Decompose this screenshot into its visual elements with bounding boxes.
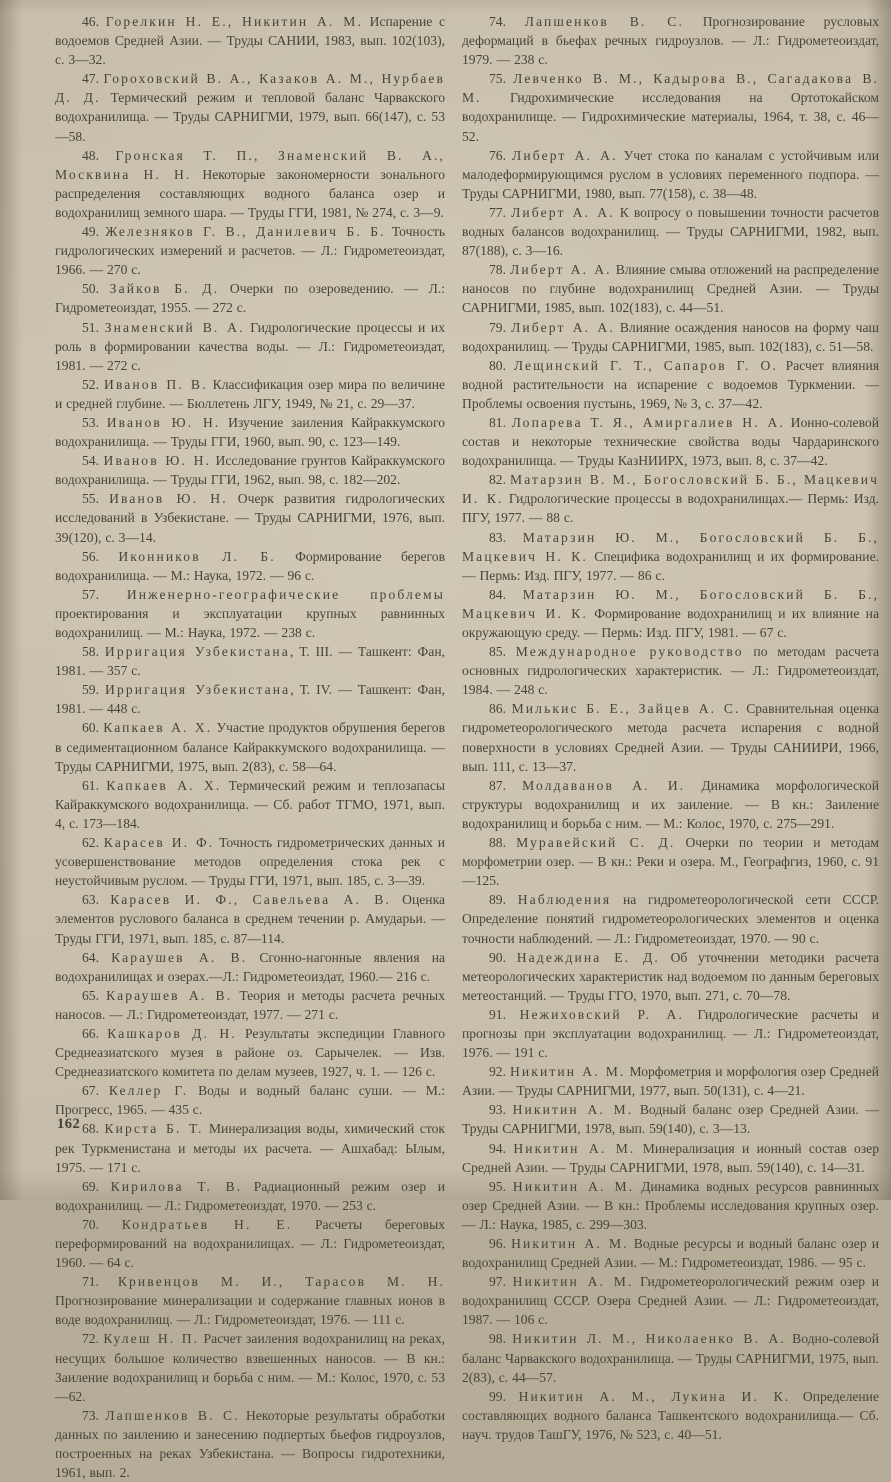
entry-authors: Знаменский В. А. xyxy=(105,320,245,335)
entry-number: 76. xyxy=(489,148,512,163)
bibliography-entry-48: 48. Гронская Т. П., Знаменский В. А., Мо… xyxy=(55,146,445,222)
entry-number: 87. xyxy=(489,778,522,793)
bibliography-entry-75: 75. Левченко В. М., Кадырова В., Сагадак… xyxy=(462,69,879,145)
bibliography-entry-81: 81. Лопарева Т. Я., Амиргалиев Н. А. Ион… xyxy=(462,413,879,470)
entry-number: 86. xyxy=(489,701,512,716)
entry-authors: Железняков Г. В., Данилевич Б. Б. xyxy=(105,224,385,239)
entry-authors: Молдаванов А. И. xyxy=(522,778,685,793)
entry-number: 63. xyxy=(82,892,110,907)
entry-number: 77. xyxy=(489,205,511,220)
entry-authors: Капкаев А. Х. xyxy=(106,778,221,793)
entry-authors: Лопарева Т. Я., Амиргалиев Н. А. xyxy=(512,415,785,430)
bibliography-entry-46: 46. Горелкин Н. Е., Никитин А. М. Испаре… xyxy=(55,12,445,69)
bibliography-entry-88: 88. Муравейский С. Д. Очерки по теории и… xyxy=(462,833,879,890)
entry-number: 61. xyxy=(82,778,106,793)
entry-number: 88. xyxy=(489,835,516,850)
bibliography-entry-60: 60. Капкаев А. Х. Участие продуктов обру… xyxy=(55,718,445,775)
entry-number: 75. xyxy=(489,71,513,86)
bibliography-entry-59: 59. Ирригация Узбекистана, Т. IV. — Ташк… xyxy=(55,680,445,718)
bibliography-entry-79: 79. Либерт А. А. Влияние осаждения нанос… xyxy=(462,318,879,356)
entry-authors: Иванов Ю. Н. xyxy=(104,453,211,468)
entry-number: 64. xyxy=(82,950,111,965)
entry-number: 90. xyxy=(489,950,517,965)
bibliography-entry-64: 64. Караушев А. В. Сгонно-нагонные явлен… xyxy=(55,948,445,986)
bibliography-entry-65: 65. Караушев А. В. Теория и методы расче… xyxy=(55,986,445,1024)
entry-authors: Караушев А. В. xyxy=(111,950,247,965)
entry-number: 59. xyxy=(82,682,105,697)
bibliography-entry-87: 87. Молдаванов А. И. Динамика морфологич… xyxy=(462,776,879,833)
entry-authors: Кашкаров Д. Н. xyxy=(107,1026,237,1041)
bibliography-entry-83: 83. Матарзин Ю. М., Богословский Б. Б., … xyxy=(462,528,879,585)
entry-number: 68. xyxy=(82,1121,104,1136)
entry-number: 89. xyxy=(489,892,518,907)
entry-authors: Горелкин Н. Е., Никитин А. М. xyxy=(106,14,363,29)
entry-authors: Карасев И. Ф., Савельева А. В. xyxy=(110,892,391,907)
bibliography-entry-49: 49. Железняков Г. В., Данилевич Б. Б. То… xyxy=(55,222,445,279)
bibliography-entry-55: 55. Иванов Ю. Н. Очерк развития гидролог… xyxy=(55,489,445,546)
entry-number: 56. xyxy=(82,549,118,564)
entry-authors: Лещинский Г. Т., Сапаров Г. О. xyxy=(514,358,778,373)
entry-number: 47. xyxy=(82,71,103,86)
entry-authors: Иванов Ю. Н. xyxy=(107,415,221,430)
entry-authors: Келлер Г. xyxy=(109,1083,188,1098)
bibliography-entry-67: 67. Келлер Г. Воды и водный баланс суши.… xyxy=(55,1081,445,1119)
bibliography-entry-89: 89. Наблюдения на гидрометеорологической… xyxy=(462,890,879,947)
entry-number: 82. xyxy=(489,472,510,487)
bibliography-entry-52: 52. Иванов П. В. Классификация озер мира… xyxy=(55,375,445,413)
entry-number: 57. xyxy=(82,587,127,602)
entry-number: 81. xyxy=(489,415,512,430)
entry-authors: Лапшенков В. С. xyxy=(525,14,684,29)
bibliography-entry-84: 84. Матарзин Ю. М., Богословский Б. Б., … xyxy=(462,585,879,642)
entry-authors: Муравейский С. Д. xyxy=(516,835,675,850)
entry-text: Термический режим и тепловой баланс Чарв… xyxy=(55,90,445,143)
bibliography-entry-68: 68. Кирста Б. Т. Минерализация воды, хим… xyxy=(55,1119,445,1176)
bibliography-entry-57: 57. Инженерно-географические проблемы пр… xyxy=(55,585,445,642)
bibliography-column-right: 74. Лапшенков В. С. Прогнозирование русл… xyxy=(462,12,879,1200)
page-number: 162 xyxy=(57,1116,80,1133)
entry-authors: Милькис Б. Е., Зайцев А. С. xyxy=(512,701,741,716)
bibliography-entry-69: 69. Кирилова Т. В. Радиационный режим оз… xyxy=(55,1177,445,1200)
entry-text: проектирования и эксплуатации крупных ра… xyxy=(55,606,445,640)
entry-number: 95. xyxy=(489,1179,513,1194)
entry-number: 91. xyxy=(489,1007,520,1022)
entry-number: 80. xyxy=(489,358,514,373)
bibliography-entry-56: 56. Иконников Л. Б. Формирование берегов… xyxy=(55,547,445,585)
entry-authors: Либерт А. А. xyxy=(511,320,615,335)
entry-number: 66. xyxy=(82,1026,107,1041)
entry-number: 94. xyxy=(489,1141,513,1156)
entry-authors: Либерт А. А. xyxy=(510,262,612,277)
bibliography-entry-82: 82. Матарзин В. М., Богословский Б. Б., … xyxy=(462,470,879,527)
entry-number: 92. xyxy=(489,1064,510,1079)
bibliography-entry-95: 95. Никитин А. М. Динамика водных ресурс… xyxy=(462,1177,879,1200)
entry-number: 51. xyxy=(82,320,105,335)
entry-authors: Надеждина Е. Д. xyxy=(517,950,660,965)
bibliography-entry-47: 47. Гороховский В. А., Казаков А. М., Ну… xyxy=(55,69,445,145)
entry-authors: Зайков Б. Д. xyxy=(110,281,220,296)
bibliography-entry-74: 74. Лапшенков В. С. Прогнозирование русл… xyxy=(462,12,879,69)
entry-text: Гидрохимические исследования на Ортотока… xyxy=(462,90,879,143)
entry-number: 52. xyxy=(82,377,104,392)
bibliography-entry-61: 61. Капкаев А. Х. Термический режим и те… xyxy=(55,776,445,833)
entry-authors: Никитин А. М. xyxy=(510,1064,625,1079)
scanned-page: 46. Горелкин Н. Е., Никитин А. М. Испаре… xyxy=(0,0,891,1200)
entry-number: 84. xyxy=(489,587,523,602)
entry-authors: Никитин А. М. xyxy=(513,1141,635,1156)
entry-authors: Ирригация Узбекистана xyxy=(105,682,290,697)
entry-number: 62. xyxy=(82,835,104,850)
entry-number: 67. xyxy=(82,1083,109,1098)
entry-authors: Международное руководство xyxy=(516,644,744,659)
bibliography-entry-92: 92. Никитин А. М. Морфометрия и морфолог… xyxy=(462,1062,879,1100)
entry-authors: Ирригация Узбекистана xyxy=(105,644,290,659)
bibliography-entry-94: 94. Никитин А. М. Минерализация и ионный… xyxy=(462,1139,879,1177)
entry-number: 69. xyxy=(82,1179,111,1194)
bibliography-entry-51: 51. Знаменский В. А. Гидрологические про… xyxy=(55,318,445,375)
entry-authors: Иванов П. В. xyxy=(104,377,208,392)
bibliography-entry-78: 78. Либерт А. А. Влияние смыва отложений… xyxy=(462,260,879,317)
entry-authors: Карасев И. Ф. xyxy=(104,835,215,850)
entry-number: 74. xyxy=(489,14,525,29)
bibliography-entry-80: 80. Лещинский Г. Т., Сапаров Г. О. Расче… xyxy=(462,356,879,413)
bibliography-column-left: 46. Горелкин Н. Е., Никитин А. М. Испаре… xyxy=(55,12,445,1200)
entry-authors: Инженерно-географические проблемы xyxy=(127,587,445,602)
entry-authors: Либерт А. А. xyxy=(512,148,618,163)
entry-authors: Капкаев А. Х. xyxy=(103,720,212,735)
bibliography-entry-76: 76. Либерт А. А. Учет стока по каналам с… xyxy=(462,146,879,203)
entry-number: 85. xyxy=(489,644,516,659)
entry-number: 93. xyxy=(489,1102,513,1117)
entry-number: 48. xyxy=(82,148,115,163)
entry-number: 50. xyxy=(82,281,110,296)
entry-text: Гидрологические процессы в водохранилища… xyxy=(462,491,879,525)
bibliography-entry-85: 85. Международное руководство по методам… xyxy=(462,642,879,699)
bibliography-entry-93: 93. Никитин А. М. Водный баланс озер Сре… xyxy=(462,1100,879,1138)
bibliography-entry-66: 66. Кашкаров Д. Н. Результаты экспедиции… xyxy=(55,1024,445,1081)
bibliography-entry-63: 63. Карасев И. Ф., Савельева А. В. Оценк… xyxy=(55,890,445,947)
entry-authors: Иконников Л. Б. xyxy=(118,549,275,564)
entry-number: 54. xyxy=(82,453,104,468)
entry-authors: Кирилова Т. В. xyxy=(111,1179,243,1194)
bibliography-entry-54: 54. Иванов Ю. Н. Исследование грунтов Ка… xyxy=(55,451,445,489)
entry-number: 55. xyxy=(82,491,109,506)
entry-number: 79. xyxy=(489,320,511,335)
entry-number: 58. xyxy=(82,644,105,659)
bibliography-entry-62: 62. Карасев И. Ф. Точность гидрометричес… xyxy=(55,833,445,890)
entry-number: 83. xyxy=(489,530,523,545)
bibliography-entry-53: 53. Иванов Ю. Н. Изучение заиления Кайра… xyxy=(55,413,445,451)
bibliography-entry-90: 90. Надеждина Е. Д. Об уточнении методик… xyxy=(462,948,879,1005)
entry-number: 78. xyxy=(489,262,510,277)
bibliography-entry-77: 77. Либерт А. А. К вопросу о повышении т… xyxy=(462,203,879,260)
entry-number: 60. xyxy=(82,720,103,735)
entry-authors: Иванов Ю. Н. xyxy=(109,491,228,506)
entry-number: 46. xyxy=(82,14,106,29)
entry-authors: Караушев А. В. xyxy=(106,988,232,1003)
entry-authors: Никитин А. М. xyxy=(513,1102,634,1117)
entry-authors: Наблюдения xyxy=(518,892,611,907)
bibliography-entry-58: 58. Ирригация Узбекистана, Т. III. — Таш… xyxy=(55,642,445,680)
entry-authors: Никитин А. М. xyxy=(513,1179,634,1194)
bibliography-entry-86: 86. Милькис Б. Е., Зайцев А. С. Сравните… xyxy=(462,699,879,775)
entry-number: 53. xyxy=(82,415,107,430)
entry-authors: Кирста Б. Т. xyxy=(104,1121,203,1136)
entry-authors: Либерт А. А. xyxy=(511,205,615,220)
entry-authors: Нежиховский Р. А. xyxy=(520,1007,684,1022)
bibliography-entry-91: 91. Нежиховский Р. А. Гидрологические ра… xyxy=(462,1005,879,1062)
entry-number: 49. xyxy=(82,224,105,239)
entry-number: 65. xyxy=(82,988,106,1003)
bibliography-entry-50: 50. Зайков Б. Д. Очерки по озероведению.… xyxy=(55,279,445,317)
